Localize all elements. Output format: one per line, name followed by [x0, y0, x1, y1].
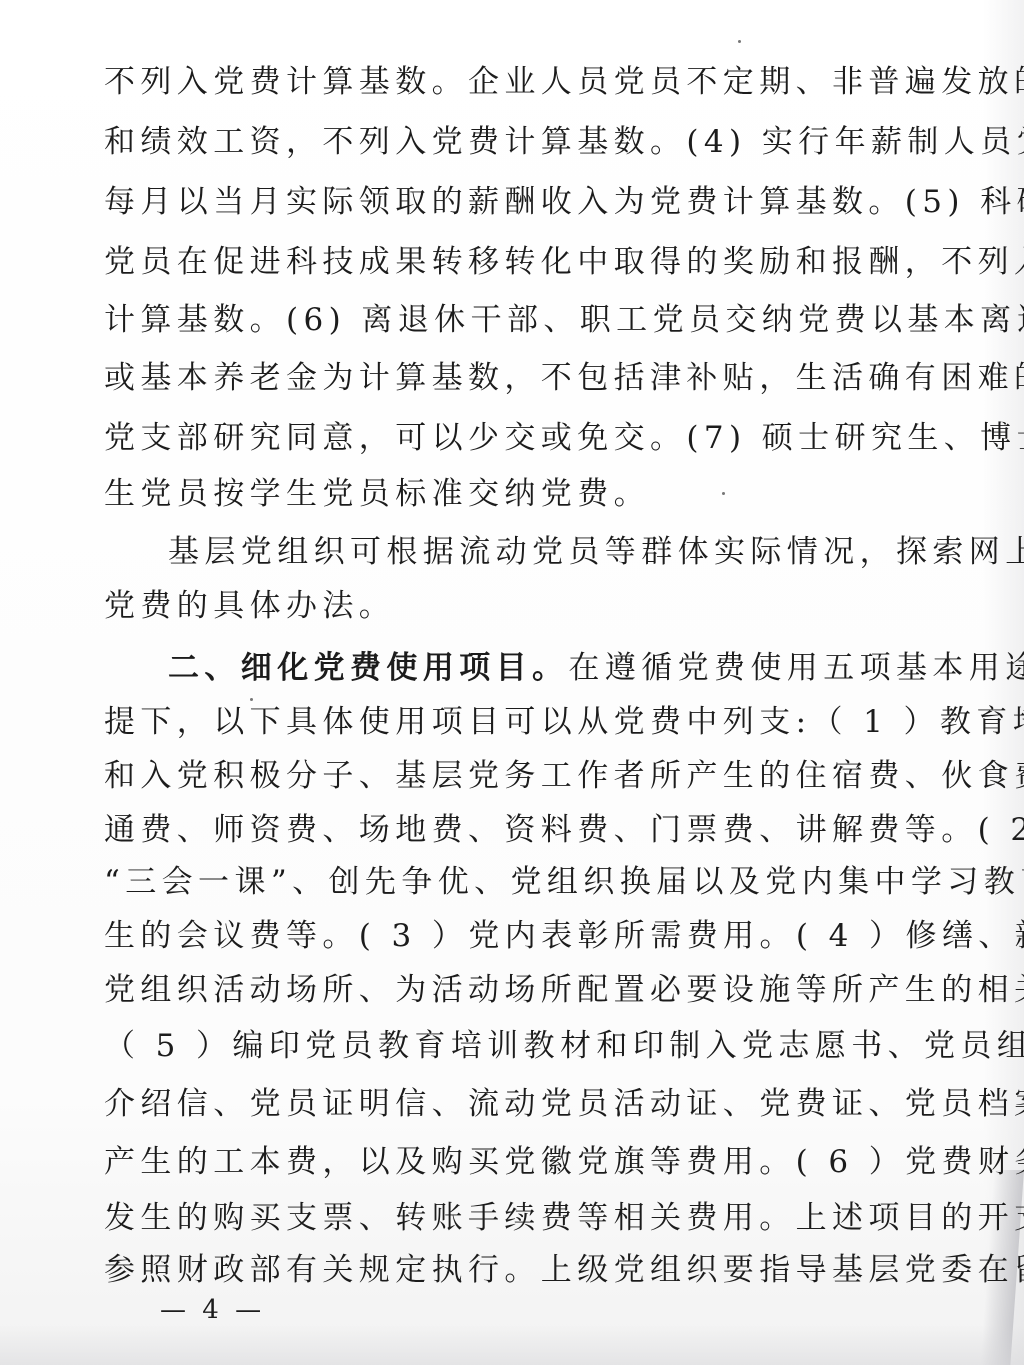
text-line: 通费、师资费、场地费、资料费、门票费、讲解费等。( 2 ）开展: [104, 810, 964, 850]
text-line: 党费的具体办法。: [104, 586, 964, 626]
text-line: 不列入党费计算基数。企业人员党员不定期、非普遍发放的奖金: [104, 62, 964, 102]
text-line: 和绩效工资，不列入党费计算基数。(4) 实行年薪制人员党员，: [104, 122, 964, 162]
text-line: 生的会议费等。( 3 ）党内表彰所需费用。( 4 ）修缮、新建基层: [104, 916, 964, 956]
text-line: 党员在促进科技成果转移转化中取得的奖励和报酬，不列入党费: [104, 242, 964, 282]
document-page: 不列入党费计算基数。企业人员党员不定期、非普遍发放的奖金 和绩效工资，不列入党费…: [0, 0, 1024, 1365]
scan-speck: [250, 698, 253, 701]
text-line: 每月以当月实际领取的薪酬收入为党费计算基数。(5) 科研人员: [104, 182, 964, 222]
scan-speck: [722, 492, 725, 495]
scan-speck: [738, 40, 741, 43]
text-line: 提下，以下具体使用项目可以从党费中列支:（ 1 ）教育培训党员: [104, 702, 964, 742]
text-line: 和入党积极分子、基层党务工作者所产生的住宿费、伙食费、交: [104, 756, 964, 796]
text-line: （ 5 ）编印党员教育培训教材和印制入党志愿书、党员组织关系: [104, 1026, 964, 1066]
text-line: 产生的工本费，以及购买党徽党旗等费用。( 6 ）党费财务管理中: [104, 1142, 964, 1182]
page-number: — 4 —: [160, 1292, 265, 1328]
text-line: 党组织活动场所、为活动场所配置必要设施等所产生的相关费用。: [104, 970, 964, 1010]
paragraph-first-line: 基层党组织可根据流动党员等群体实际情况，探索网上交纳: [168, 532, 1024, 572]
scan-speck: [258, 1220, 261, 1223]
section-heading-line: 二、细化党费使用项目。在遵循党费使用五项基本用途的前: [168, 648, 1024, 688]
text-line: “三会一课”、创先争优、党组织换届以及党内集中学习教育所产: [104, 862, 964, 902]
paper-bottom-shadow: [0, 1325, 1024, 1365]
text-line: 参照财政部有关规定执行。上级党组织要指导基层党委在留存党: [104, 1250, 964, 1290]
section-heading-continuation: 在遵循党费使用五项基本用途的前: [568, 650, 1024, 686]
text-line: 发生的购买支票、转账手续费等相关费用。上述项目的开支标准，: [104, 1198, 964, 1238]
text-line: 生党员按学生党员标准交纳党费。: [104, 474, 964, 514]
section-heading: 二、细化党费使用项目。: [168, 650, 568, 686]
text-line: 或基本养老金为计算基数，不包括津补贴，生活确有困难的，经: [104, 358, 964, 398]
text-line: 计算基数。(6) 离退休干部、职工党员交纳党费以基本离退休费: [104, 300, 964, 340]
text-line: 党支部研究同意，可以少交或免交。(7) 硕士研究生、博士研究: [104, 418, 964, 458]
text-line: 介绍信、党员证明信、流动党员活动证、党费证、党员档案等所: [104, 1084, 964, 1124]
